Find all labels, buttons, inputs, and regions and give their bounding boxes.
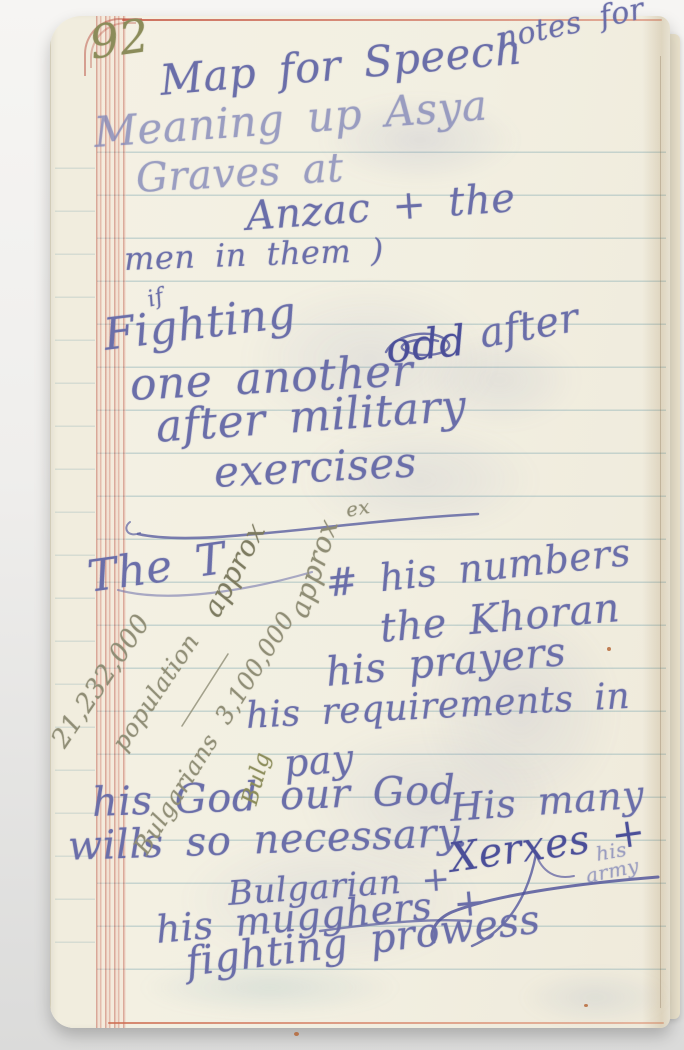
paper-smudge <box>520 970 670 1025</box>
notebook-scan: 92 notes for Map for Speech Meaning up A… <box>0 0 684 1050</box>
red-stained-edge-band <box>96 16 126 1028</box>
rust-spot <box>294 1032 299 1036</box>
rust-spot <box>607 647 611 651</box>
rust-spot <box>584 1004 588 1007</box>
pencil-note: ex <box>344 494 372 522</box>
page-number: 92 <box>86 8 152 70</box>
binding-gutter-shadow <box>642 16 670 1028</box>
page-stack-fore-edge <box>50 16 97 1028</box>
page-crease <box>660 56 662 1008</box>
